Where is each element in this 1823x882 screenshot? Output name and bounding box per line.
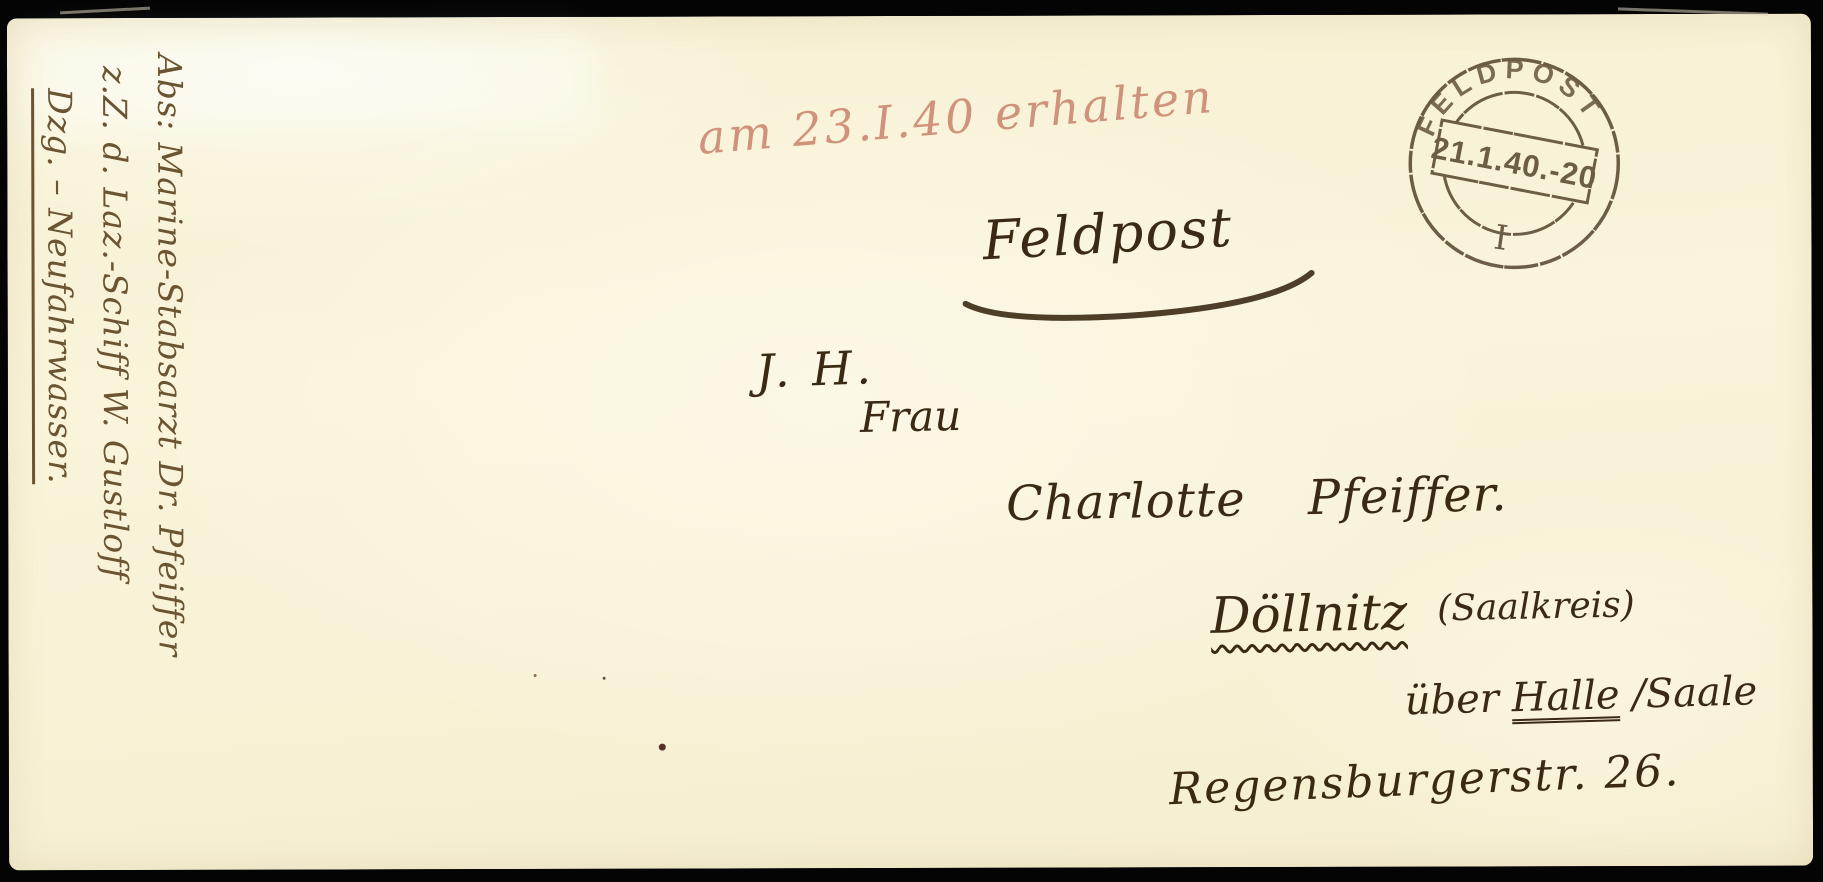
ink-speck <box>603 677 606 680</box>
via-city: Halle <box>1511 672 1620 721</box>
ink-speck <box>534 674 537 677</box>
received-note: am 23.I.40 erhalten <box>696 73 1216 161</box>
via-prefix: über <box>1404 675 1512 724</box>
recipient-title: Frau <box>860 395 962 439</box>
mail-type-label: Feldpost <box>981 201 1234 269</box>
sender-address-block: Abs: Marine-Stabsarzt Dr. Pfeiffer z.Z. … <box>27 54 199 669</box>
recipient-via-line: über Halle /Saale <box>1404 671 1758 721</box>
recipient-salutation: J. H. <box>755 344 876 394</box>
feldpost-postmark: FELDPOST 21.1.40.-20 I <box>1389 38 1639 288</box>
postmark-index: I <box>1492 218 1511 259</box>
scan-background: Abs: Marine-Stabsarzt Dr. Pfeiffer z.Z. … <box>0 0 1823 882</box>
recipient-district: (Saalkreis) <box>1437 584 1635 629</box>
sender-line-3: Dzg. – Neufahrwasser. <box>32 88 89 669</box>
recipient-street: Regensburgerstr. 26. <box>1168 749 1681 812</box>
recipient-place: Döllnitz <box>1210 583 1408 645</box>
postmark-date-bridge: 21.1.40.-20 <box>1427 119 1602 204</box>
sender-line-3-text: Dzg. – Neufahrwasser. <box>31 88 80 485</box>
envelope: Abs: Marine-Stabsarzt Dr. Pfeiffer z.Z. … <box>7 14 1813 871</box>
recipient-name: Charlotte Pfeiffer. <box>1006 470 1508 528</box>
sender-line-1: Abs: Marine-Stabsarzt Dr. Pfeiffer <box>142 54 199 669</box>
via-suffix: /Saale <box>1619 668 1758 718</box>
scan-edge-artifact <box>60 7 150 15</box>
feldpost-underline-flourish <box>954 265 1324 336</box>
ink-speck <box>659 744 666 751</box>
recipient-place-line: Döllnitz(Saalkreis) <box>1210 582 1635 641</box>
sender-line-2: z.Z. d. Laz.-Schiff W. Gustloff <box>87 66 144 669</box>
